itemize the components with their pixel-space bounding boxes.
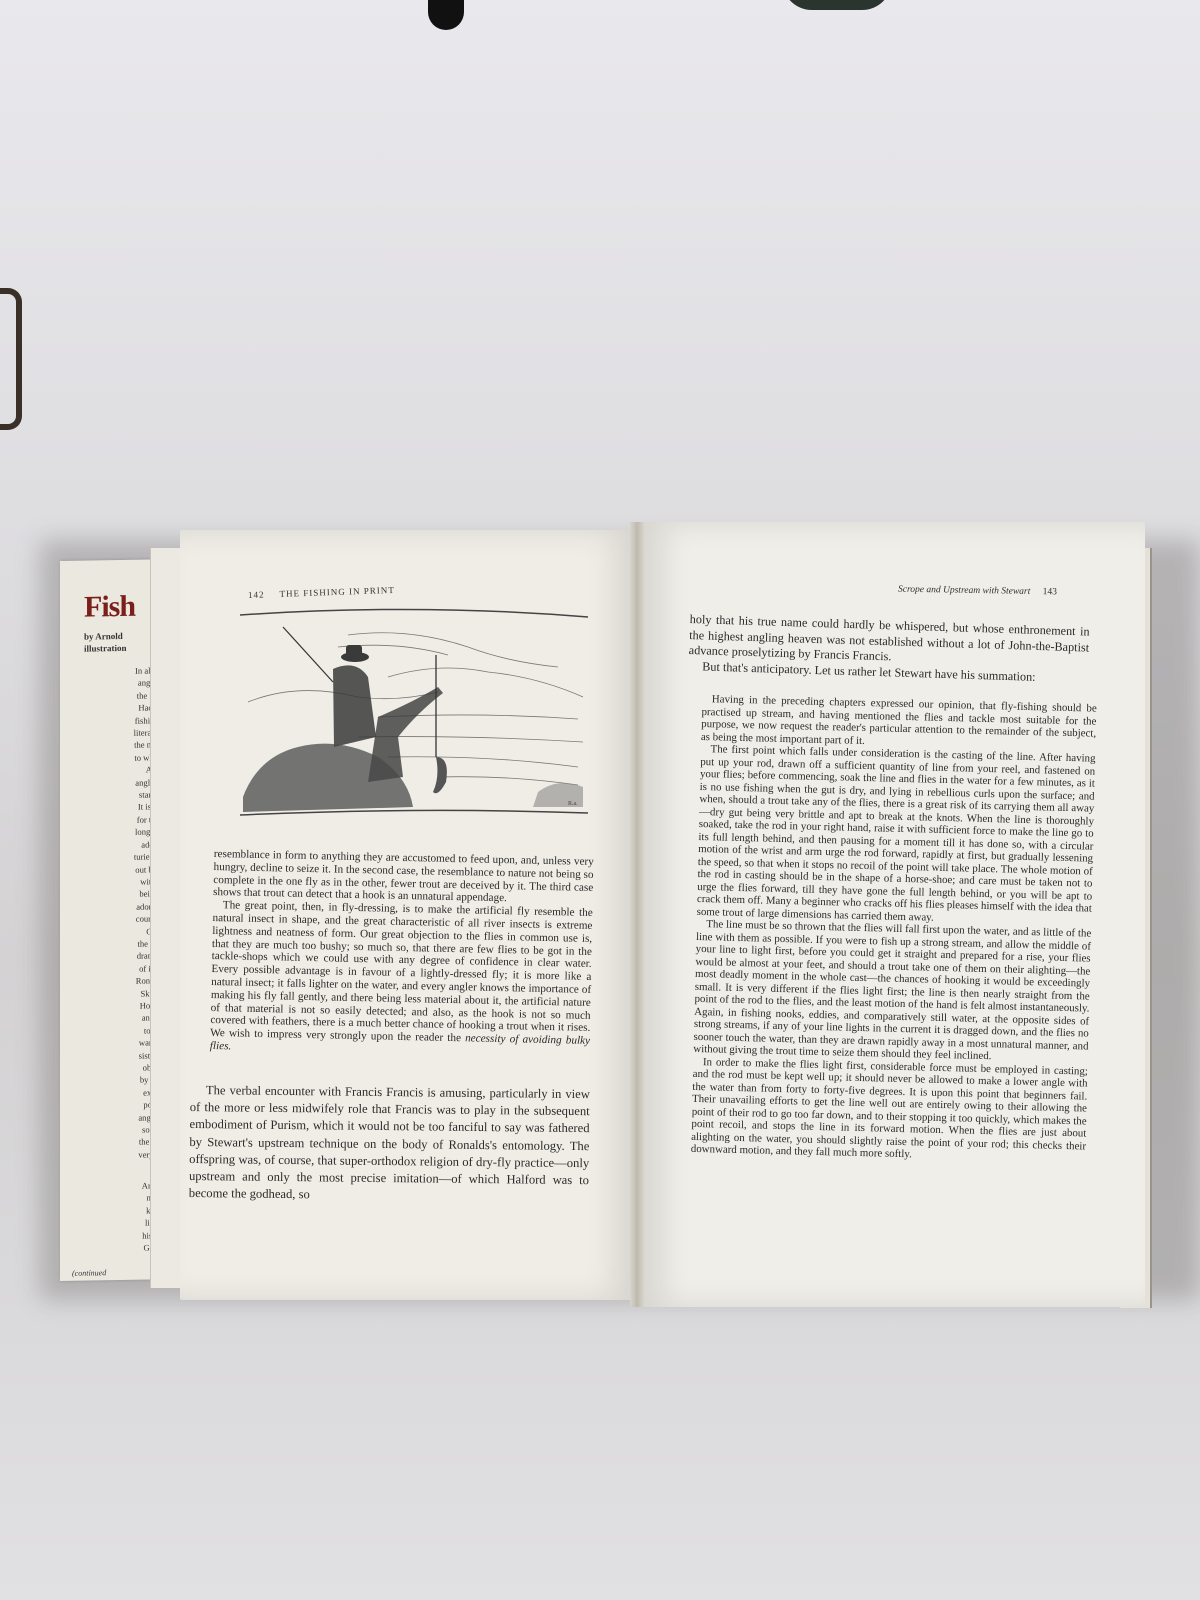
left-quoted-passage: resemblance in form to anything they are… (210, 848, 594, 1061)
quote-paragraph: The first point which falls under consid… (697, 743, 1096, 928)
dark-bowl-top (782, 0, 892, 10)
body-paragraph: The verbal encounter with Francis Franci… (189, 1082, 590, 1207)
fishing-illustration: R.a. (238, 607, 598, 827)
left-page-number: 142 (248, 589, 265, 600)
book-gutter (630, 522, 644, 1307)
dark-object-top (428, 0, 464, 30)
quote-paragraph: The line must be so thrown that the flie… (693, 918, 1091, 1065)
quote-text: The great point, then, in fly-dressing, … (210, 899, 593, 1044)
quote-paragraph: resemblance in form to anything they are… (213, 848, 594, 907)
dark-object-left-edge (0, 288, 22, 430)
svg-text:R.a.: R.a. (568, 801, 578, 807)
right-page-number: 143 (1043, 587, 1057, 597)
quote-paragraph: In order to make the flies light first, … (691, 1055, 1088, 1165)
left-body-text: The verbal encounter with Francis Franci… (189, 1082, 590, 1207)
jacket-title: Fish (84, 590, 135, 625)
right-intro-text: holy that his true name could hardly be … (688, 612, 1090, 687)
quote-paragraph: The great point, then, in fly-dressing, … (210, 899, 593, 1060)
right-quoted-passage: Having in the preceding chapters express… (691, 693, 1097, 1165)
jacket-continued: (continued (72, 1268, 106, 1278)
